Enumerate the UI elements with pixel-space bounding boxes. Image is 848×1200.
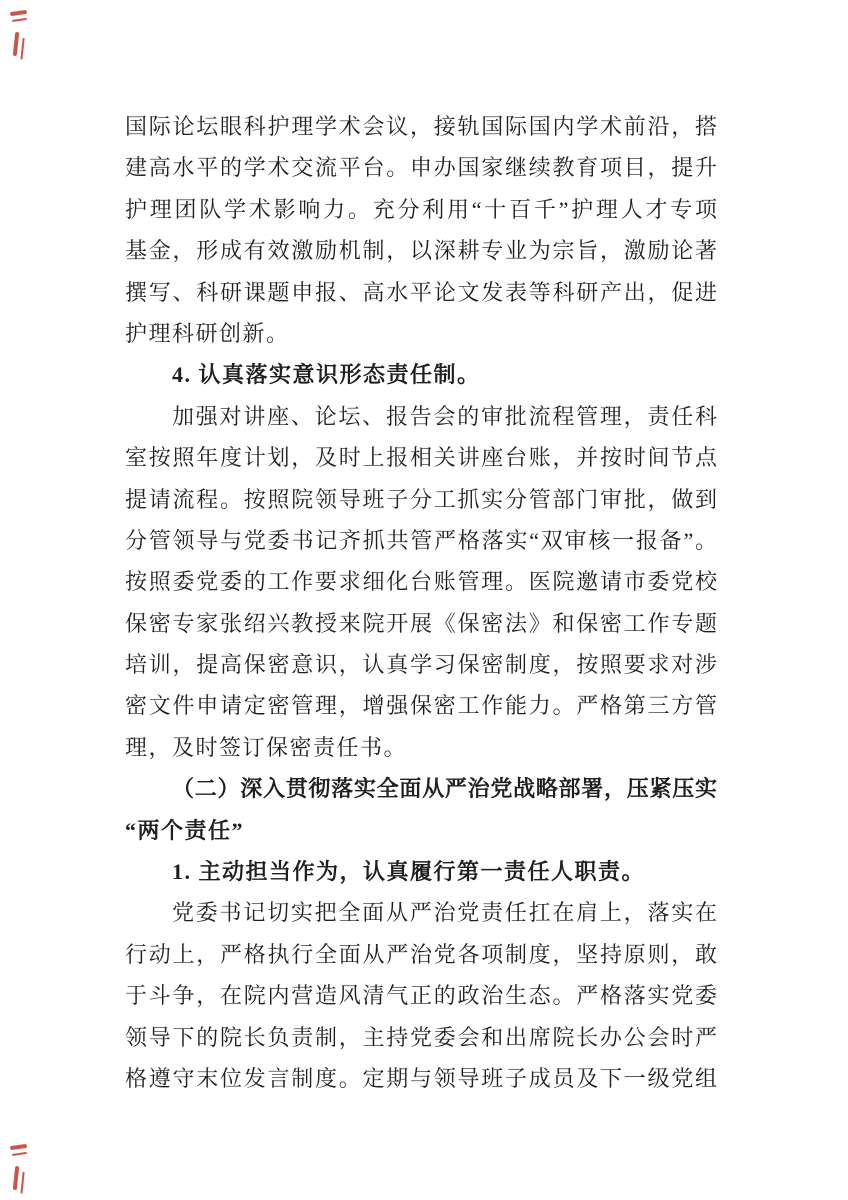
text-line: 基金，形成有效激励机制，以深耕专业为宗旨，激励论著 [125, 230, 717, 271]
text-line: 建高水平的学术交流平台。申办国家继续教育项目，提升 [125, 147, 717, 188]
text-line: 4. 认真落实意识形态责任制。 [125, 354, 717, 395]
text-line: 提请流程。按照院领导班子分工抓实分管部门审批，做到 [125, 479, 717, 520]
text-line: 理，及时签订保密责任书。 [125, 727, 717, 768]
text-line: 于斗争，在院内营造风清气正的政治生态。严格落实党委 [125, 975, 717, 1016]
text-line: 格遵守末位发言制度。定期与领导班子成员及下一级党组 [125, 1058, 717, 1099]
text-line: “两个责任” [125, 810, 717, 851]
text-line: 密文件申请定密管理，增强保密工作能力。严格第三方管 [125, 685, 717, 726]
red-mark-stroke [10, 1144, 27, 1150]
text-line: （二）深入贯彻落实全面从严治党战略部署，压紧压实 [125, 768, 717, 809]
text-line: 行动上，严格执行全面从严治党各项制度，坚持原则，敢 [125, 934, 717, 975]
text-line: 1. 主动担当作为，认真履行第一责任人职责。 [125, 851, 717, 892]
document-page: 国际论坛眼科护理学术会议，接轨国际国内学术前沿，搭建高水平的学术交流平台。申办国… [0, 0, 848, 1200]
text-line: 加强对讲座、论坛、报告会的审批流程管理，责任科 [125, 396, 717, 437]
text-line: 领导下的院长负责制，主持党委会和出席院长办公会时严 [125, 1017, 717, 1058]
red-mark-stroke [13, 32, 19, 56]
text-line: 保密专家张绍兴教授来院开展《保密法》和保密工作专题 [125, 603, 717, 644]
red-mark-stroke [10, 10, 27, 16]
text-line: 国际论坛眼科护理学术会议，接轨国际国内学术前沿，搭 [125, 106, 717, 147]
text-line: 护理团队学术影响力。充分利用“十百千”护理人才专项 [125, 189, 717, 230]
red-scan-mark-bottom-left [8, 1142, 42, 1198]
red-scan-mark-top-left [8, 8, 42, 64]
text-line: 分管领导与党委书记齐抓共管严格落实“双审核一报备”。 [125, 520, 717, 561]
text-line: 党委书记切实把全面从严治党责任扛在肩上，落实在 [125, 892, 717, 933]
document-text: 国际论坛眼科护理学术会议，接轨国际国内学术前沿，搭建高水平的学术交流平台。申办国… [125, 106, 717, 1099]
text-line: 护理科研创新。 [125, 313, 717, 354]
text-line: 室按照年度计划，及时上报相关讲座台账，并按时间节点 [125, 437, 717, 478]
text-line: 按照委党委的工作要求细化台账管理。医院邀请市委党校 [125, 561, 717, 602]
text-line: 培训，提高保密意识，认真学习保密制度，按照要求对涉 [125, 644, 717, 685]
red-mark-stroke [13, 1166, 19, 1190]
text-line: 撰写、科研课题申报、高水平论文发表等科研产出，促进 [125, 272, 717, 313]
